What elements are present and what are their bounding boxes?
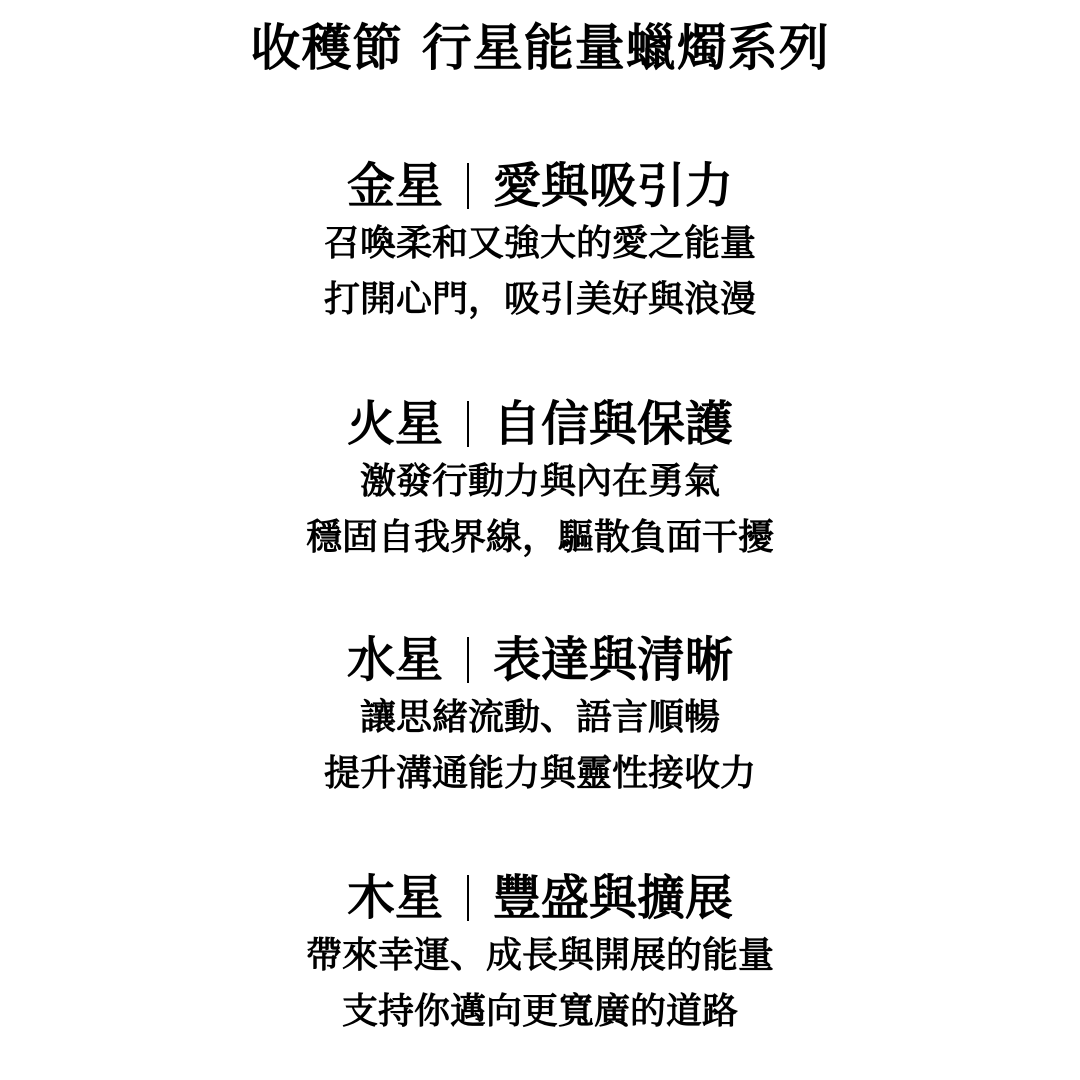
section-heading: 木星 豐盛與擴展 bbox=[0, 870, 1080, 926]
planet-theme: 表達與清晰 bbox=[493, 632, 733, 688]
section-heading: 金星 愛與吸引力 bbox=[0, 158, 1080, 214]
section-heading: 水星 表達與清晰 bbox=[0, 632, 1080, 688]
planet-name: 木星 bbox=[347, 870, 443, 926]
section-heading: 火星 自信與保護 bbox=[0, 396, 1080, 452]
description-line: 打開心門，吸引美好與浪漫 bbox=[0, 272, 1080, 328]
description-line: 支持你邁向更寬廣的道路 bbox=[0, 984, 1080, 1040]
divider-bar bbox=[467, 875, 469, 921]
planet-name: 金星 bbox=[347, 158, 443, 214]
description-line: 讓思緒流動、語言順暢 bbox=[0, 690, 1080, 746]
description-line: 帶來幸運、成長與開展的能量 bbox=[0, 928, 1080, 984]
description-line: 提升溝通能力與靈性接收力 bbox=[0, 746, 1080, 802]
planet-name: 火星 bbox=[347, 396, 443, 452]
divider-bar bbox=[467, 163, 469, 209]
description-line: 召喚柔和又強大的愛之能量 bbox=[0, 216, 1080, 272]
description-line: 激發行動力與內在勇氣 bbox=[0, 454, 1080, 510]
divider-bar bbox=[467, 637, 469, 683]
planet-name: 水星 bbox=[347, 632, 443, 688]
section-mars: 火星 自信與保護 激發行動力與內在勇氣 穩固自我界線，驅散負面干擾 bbox=[0, 396, 1080, 566]
section-jupiter: 木星 豐盛與擴展 帶來幸運、成長與開展的能量 支持你邁向更寬廣的道路 bbox=[0, 870, 1080, 1040]
divider-bar bbox=[467, 401, 469, 447]
planet-theme: 愛與吸引力 bbox=[493, 158, 733, 214]
section-venus: 金星 愛與吸引力 召喚柔和又強大的愛之能量 打開心門，吸引美好與浪漫 bbox=[0, 158, 1080, 328]
planet-theme: 自信與保護 bbox=[493, 396, 733, 452]
section-mercury: 水星 表達與清晰 讓思緒流動、語言順暢 提升溝通能力與靈性接收力 bbox=[0, 632, 1080, 802]
planet-theme: 豐盛與擴展 bbox=[493, 870, 733, 926]
page-title: 收穫節 行星能量蠟燭系列 bbox=[0, 18, 1080, 78]
description-line: 穩固自我界線，驅散負面干擾 bbox=[0, 510, 1080, 566]
